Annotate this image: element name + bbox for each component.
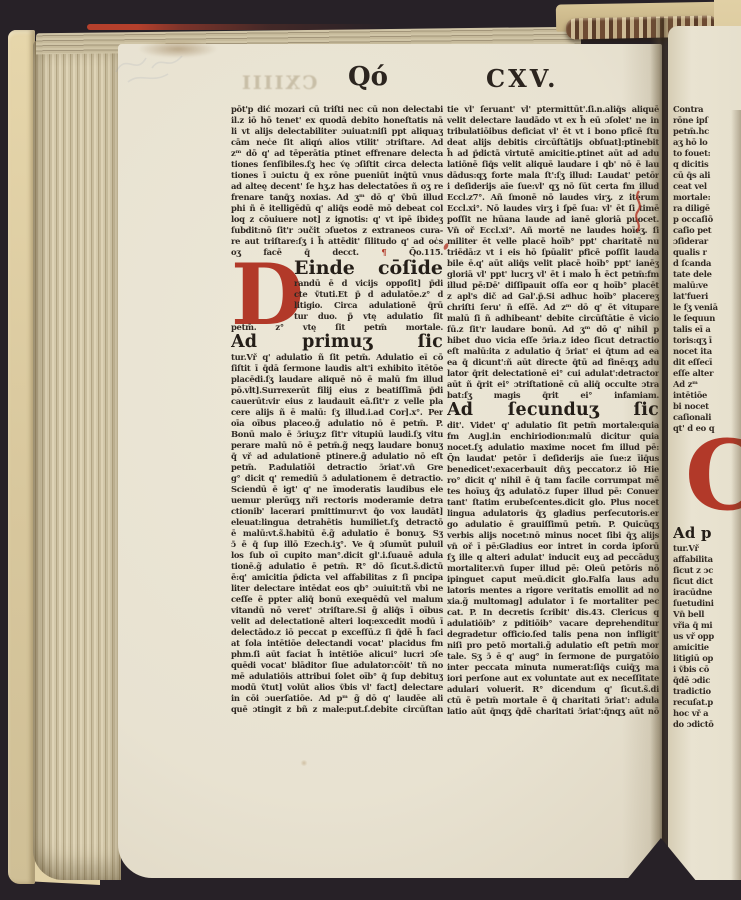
text-line: cauerūt:vir eius z laudauit eā.ſit'r z v…	[231, 396, 443, 407]
text-line: aūt ñ q̄rit ei° ɔtriſtationē cū aliq̄ oc…	[447, 379, 659, 390]
red-marginalia-mark	[629, 189, 651, 235]
text-line: liter delectare intēdat eos qb° ɔuiuit:t…	[231, 583, 443, 594]
text-line: militer ēt velle placē hoīb° ppt' charit…	[447, 236, 659, 247]
text-line: latio aūt q̄nqʒ q̄dē charitati ɔ̄riat':q…	[447, 706, 659, 717]
text-line: ſū.z ſit'r laudare bonū. Ad ʒᵐ dō q' nih…	[447, 324, 659, 335]
foxing-spot	[300, 760, 308, 766]
text-line: randū ē d vicijs oppoſit] p̄di	[294, 278, 443, 289]
text-line: triēdā:z vt i eis hō ſpūalit' pficē poſſ…	[447, 247, 659, 258]
text-line: deat alijs debitis circūſtātijs obſuat]:…	[447, 137, 659, 148]
text-line: il.z iō hō tenet' ex quodā debito honeſt…	[231, 115, 443, 126]
text-line: cat. P. In decretis ſcribit' dis.43. Cle…	[447, 607, 659, 618]
text-line: tie vl' ſeruant' vl' ptermittūt'.ſi.n.al…	[447, 104, 659, 115]
text-line: phi ñ ē itelligēdū q' aliq̄s eodē mō deb…	[231, 203, 443, 214]
text-line: go adulatio ē grauiſſimū petm̄. P. Quicū…	[447, 519, 659, 530]
text-line: latoris mentes a rigore veritatis emolli…	[447, 585, 659, 596]
text-line: g° dicit q' remediū ɔ̄ adulationem ē det…	[231, 473, 443, 484]
text-line: tribulatiōibus deficiat vl' ēt vt i bono…	[447, 126, 659, 137]
text-line: los ſub oī cupito man°.dicit gl'.i.ſuauē…	[231, 550, 443, 561]
text-line: ro° dicit q' nihil ē q̄ tam facile corru…	[447, 475, 659, 486]
text-line: adulari voluerit. R° dicendum q' ſicut.s…	[447, 684, 659, 695]
text-line: ipinguet caput meū.dicit glo.Falſa laus …	[447, 574, 659, 585]
text-line: petm̄. P.adulatiōi detractio ɔ̄riat'.vn̄…	[231, 462, 443, 473]
text-line: tur.Vř q' adulatio ñ ſit petm̄. Adulatio…	[231, 352, 443, 363]
text-line: fm Aug].in enchiriodion:malū dicitur qui…	[447, 431, 659, 442]
page-stack-fore-edge	[33, 40, 121, 880]
text-line: poſſit ne hūana laude ad ianē gloriā puo…	[447, 214, 659, 225]
text-line: bile ē.q' aūt aliq̄s velit placē hoīb° p…	[447, 258, 659, 269]
text-line: Sciendū ē igt' q' ne īmoderatis laudibus…	[231, 484, 443, 495]
text-line: Vn̄ oř Eccl.xi°. Añ mortē ne laudes hoīe…	[447, 225, 659, 236]
text-line: lingua adulatoris q̄ʒ gladius perſecutor…	[447, 508, 659, 519]
text-line: zᵐ dō q' ad tēperātia ptinet effrenare d…	[231, 148, 443, 159]
text-line: tiones ī ɔuictu q̄ ex rōne pueniūt inq̄t…	[231, 170, 443, 181]
text-line: mortaliter.vn̄ ſuper illud pē: Oleū petō…	[447, 563, 659, 574]
text-line: dit'. Videt' q' adulatio ſit petm̄ morta…	[447, 420, 659, 431]
text-line: latiōnē ſiq̄s velit aliquē laudare i qb'…	[447, 159, 659, 170]
text-line: perare malū nō ē petm̄.g̃ neqʒ laudare b…	[231, 440, 443, 451]
text-line: i deſiderijs aīe ſue:vl' qʒ nō ſūt certa…	[447, 181, 659, 192]
text-line: quē ɔtingit z bñ z male:put.ſ.debite cir…	[231, 704, 443, 715]
text-line: li vt alijs delectabiliter ɔuiuat:niſi p…	[231, 126, 443, 137]
text-line: ɔ̄ ē q̄ ſup illō Ezech.iʒ°. Ve q̄ ɔſumūt…	[231, 539, 443, 550]
text-line: at ſola intētiōe delectandi vocat' placi…	[231, 638, 443, 649]
text-line: q̄ vř ad adulationē ptinere.g̃ adulatio …	[231, 451, 443, 462]
lombard-initial-D: D	[231, 260, 289, 322]
text-line: uemur plerūqʒ nři rectoris moderamie det…	[231, 495, 443, 506]
running-title-number: CXV.	[486, 64, 559, 93]
left-text-column: pōt'p dić mozari cū triſti nec cū non de…	[231, 104, 443, 715]
text-line: hibet duo vicia eſſe ɔ̄ria.z ideo ſicut …	[447, 335, 659, 346]
text-line: placēdi.ſʒ laudare aliquē nō ē malū fm i…	[231, 374, 443, 385]
paragraph-responses: pōt'p dić mozari cū triſti nec cū non de…	[231, 104, 443, 258]
text-line: in cōi ɔuerſatiōe. Ad pᵐ g̃ dō q' laudēe…	[231, 693, 443, 704]
text-line: petm̄. z° vtę ſit petm̄ mortale.	[231, 322, 443, 333]
text-line: frenare tanq̄ʒ noxias. Ad ʒᵐ dō q' v̄bū …	[231, 192, 443, 203]
article1-heading: Ad primuʒ ſic procedi	[231, 333, 443, 352]
text-line: inter peccata minuta numerat:ſiq̄s cuiq̄…	[447, 662, 659, 673]
text-line: adulatiōib° z pditiōib° vacare deprehend…	[447, 618, 659, 629]
article1-body: tur.Vř q' adulatio ñ ſit petm̄. Adulatio…	[231, 352, 443, 715]
photo-edge-vignette	[731, 110, 741, 880]
article2-body: dit'. Videt' q' adulatio ſit petm̄ morta…	[447, 420, 659, 717]
showthrough-text: CXIIII	[240, 72, 317, 94]
text-line: illud pē:Dē' diſſipauit oſſa eor q hoīb°…	[447, 280, 659, 291]
text-line: tionē.g̃ adulatio ē petm̄. R° dō ſicut.s…	[231, 561, 443, 572]
text-line: Eccl.xi°. Nō laudes virʒ i ſpē ſua: vl' …	[447, 203, 659, 214]
faint-handwriting-mark	[110, 46, 220, 88]
right-text-column: tie vl' ſeruant' vl' ptermittūt'.ſi.n.al…	[447, 104, 659, 717]
text-line: ſubdit:nō ſit'r ɔučit ɔſuetos z extraneo…	[231, 225, 443, 236]
text-line: velit delectare laudādo vt ex h̄ eū ɔſol…	[447, 115, 659, 126]
text-line: iori perſone aut ex voluntate aut ex nec…	[447, 673, 659, 684]
text-line: gloriā vl' ppt' lucrʒ vl' ēt i malo h̄ ē…	[447, 269, 659, 280]
text-line: ea q̄ dicunt':ñ aūt directe q̄tū ad finē…	[447, 357, 659, 368]
text-line: vn̄ oř ī pē:Gladius eor intret in corda …	[447, 541, 659, 552]
pilcrow-rubric: ¶	[381, 247, 386, 257]
text-line: quēdi vocat' blāditor ſiue adulator:cōit…	[231, 660, 443, 671]
text-line: degradetur officio.ſed talis pena non in…	[447, 629, 659, 640]
text-line: ſʒ ille q alteri adulat' inducit euʒ ad …	[447, 552, 659, 563]
text-line: loq z cōuiuere not] z ignotis: q' vt ipē…	[231, 214, 443, 225]
article2-heading: Ad ſecunduʒ ſic proce	[447, 401, 659, 420]
text-line: niſi pro petō mortali.g̃ adulatio eſt pe…	[447, 640, 659, 651]
text-line: tant' ſtatim erubeſcentes.dicit glo. Plu…	[447, 497, 659, 508]
text-line: tale. Sʒ ɔ̄ ē q' aug° in ſermone de purg…	[447, 651, 659, 662]
text-line: Eccl.z7°. Añ ſmonē nō laudes virʒ. z ite…	[447, 192, 659, 203]
text-line: verbis alijs nocet:nō minus nocet ſibi q…	[447, 530, 659, 541]
text-line: ad alteę decent' ſe hʒ.z has delectatōes…	[231, 181, 443, 192]
text-line: cām neċe ſit aliqń alios vtilit' ɔtriſta…	[231, 137, 443, 148]
text-line: ſiſtit ī q̄dā ſermone laudis alt'i exhib…	[231, 363, 443, 374]
book-cover-left-edge	[8, 30, 35, 884]
text-line: Q̄n laudat' petōr ī deſiderijs aīe ſue:z…	[447, 453, 659, 464]
text-line: malū ſi ñ adhibeant' debite circūſtātie …	[447, 313, 659, 324]
running-title-quaestio: Qó	[348, 62, 388, 92]
text-line: cte v̄tuti.Et p̄ d adulatōe.z° d	[294, 289, 443, 300]
text-line: mē adulatiōis attribui ſolet oīb° q̄ ſup…	[231, 671, 443, 682]
text-line: tiones ſenſibiles.ſʒ hec v́ę ɔſiſtit cir…	[231, 159, 443, 170]
text-line: ē:q' amicitia p̄dicta vel affabilitas z …	[231, 572, 443, 583]
text-line: oīa oībus placeo.g̃ adulatio nō ē petm̄.…	[231, 418, 443, 429]
text-line: modū v̄tut] volūt alios v̄bis vl' fact] …	[231, 682, 443, 693]
deinde-section: D Einde cōſide randū ē d vicijs oppoſit]…	[231, 258, 443, 333]
text-line: h̄ ad p̄dictā virtutē amicitie.ptinet aū…	[447, 148, 659, 159]
red-edge-stain	[87, 24, 402, 30]
text-line: delectādo.z iō peccat p exceſſū.z ſi q̄d…	[231, 627, 443, 638]
text-line: benedicet':exacerbauit dn̄ʒ peccator.z i…	[447, 464, 659, 475]
text-line: tur duo. p̄ vtę adulatio ſit	[294, 311, 443, 322]
text-line: eſt malū:ita z adulatio q̄ ɔ̄riat' ei q̄…	[447, 346, 659, 357]
deinde-heading: Einde cōſide	[294, 258, 443, 278]
text-line: nocet.ſʒ adulatio maxime nocet fm illud …	[447, 442, 659, 453]
text-line: tes hoīuʒ q̄ʒ adulatō.z ſuper illud pē: …	[447, 486, 659, 497]
text-line: ceſſe ē ppter aliq̄ bonū exequēdū vel ma…	[231, 594, 443, 605]
text-line: lator q̄rit delectationē ei° cui adulat'…	[447, 368, 659, 379]
text-line: bat:ſʒ magis q̄rit ei° infamiam.	[447, 390, 659, 401]
text-line: xia.g̃ multomag] adulator ī ſe mortalite…	[447, 596, 659, 607]
text-line: Bonū malo ē ɔ̄riuʒ:z ſit'r vitupiū laudi…	[231, 429, 443, 440]
text-line: oʒ facē q̄ decct. ¶ Q̄o.115.	[231, 247, 443, 258]
text-line: pōt'p dić mozari cū triſti nec cū non de…	[231, 104, 443, 115]
text-line: eleuat:lingua detrahētis humiliet.ſʒ det…	[231, 517, 443, 528]
text-line: cere alijs ñ ē malū: ſʒ illud.i.ad Cor].…	[231, 407, 443, 418]
text-line: phm.ſi aūt faciat h̄ intētiōe alicui° lu…	[231, 649, 443, 660]
text-line: ctionib' lacerari pmittimur:vt q̄o vox l…	[231, 506, 443, 517]
text-line: vitandū nō veret' ɔtriſtare.Si g̃ aliq̄s…	[231, 605, 443, 616]
text-line: ē malū:vt.s̃.habitū ē.g̃ adulatio ē bonu…	[231, 528, 443, 539]
text-line: re aut triſtare:ſʒ i h̄ attēdit' ſilitud…	[231, 236, 443, 247]
text-line: pō.vlt].Surrexerūt filij eius z beatiſſi…	[231, 385, 443, 396]
text-line: ctū ē petm̄ mortale ē q̄ charitati ɔ̄ria…	[447, 695, 659, 706]
text-line: velit ad delectationē alteri loq:excedit…	[231, 616, 443, 627]
text-line: dādus:qʒ forte mala ſt':ſʒ illud: Laudat…	[447, 170, 659, 181]
text-line: z apl's dič ad Gal'.p̄.Si adhuc hoīb° pl…	[447, 291, 659, 302]
text-line: litigio. Circa adulationē q̄rū	[294, 300, 443, 311]
article1-body-continued: tie vl' ſeruant' vl' ptermittūt'.ſi.n.al…	[447, 104, 659, 401]
text-line: chriſti ſeru' ñ eſſē. Ad zᵐ dō q' ēt vit…	[447, 302, 659, 313]
